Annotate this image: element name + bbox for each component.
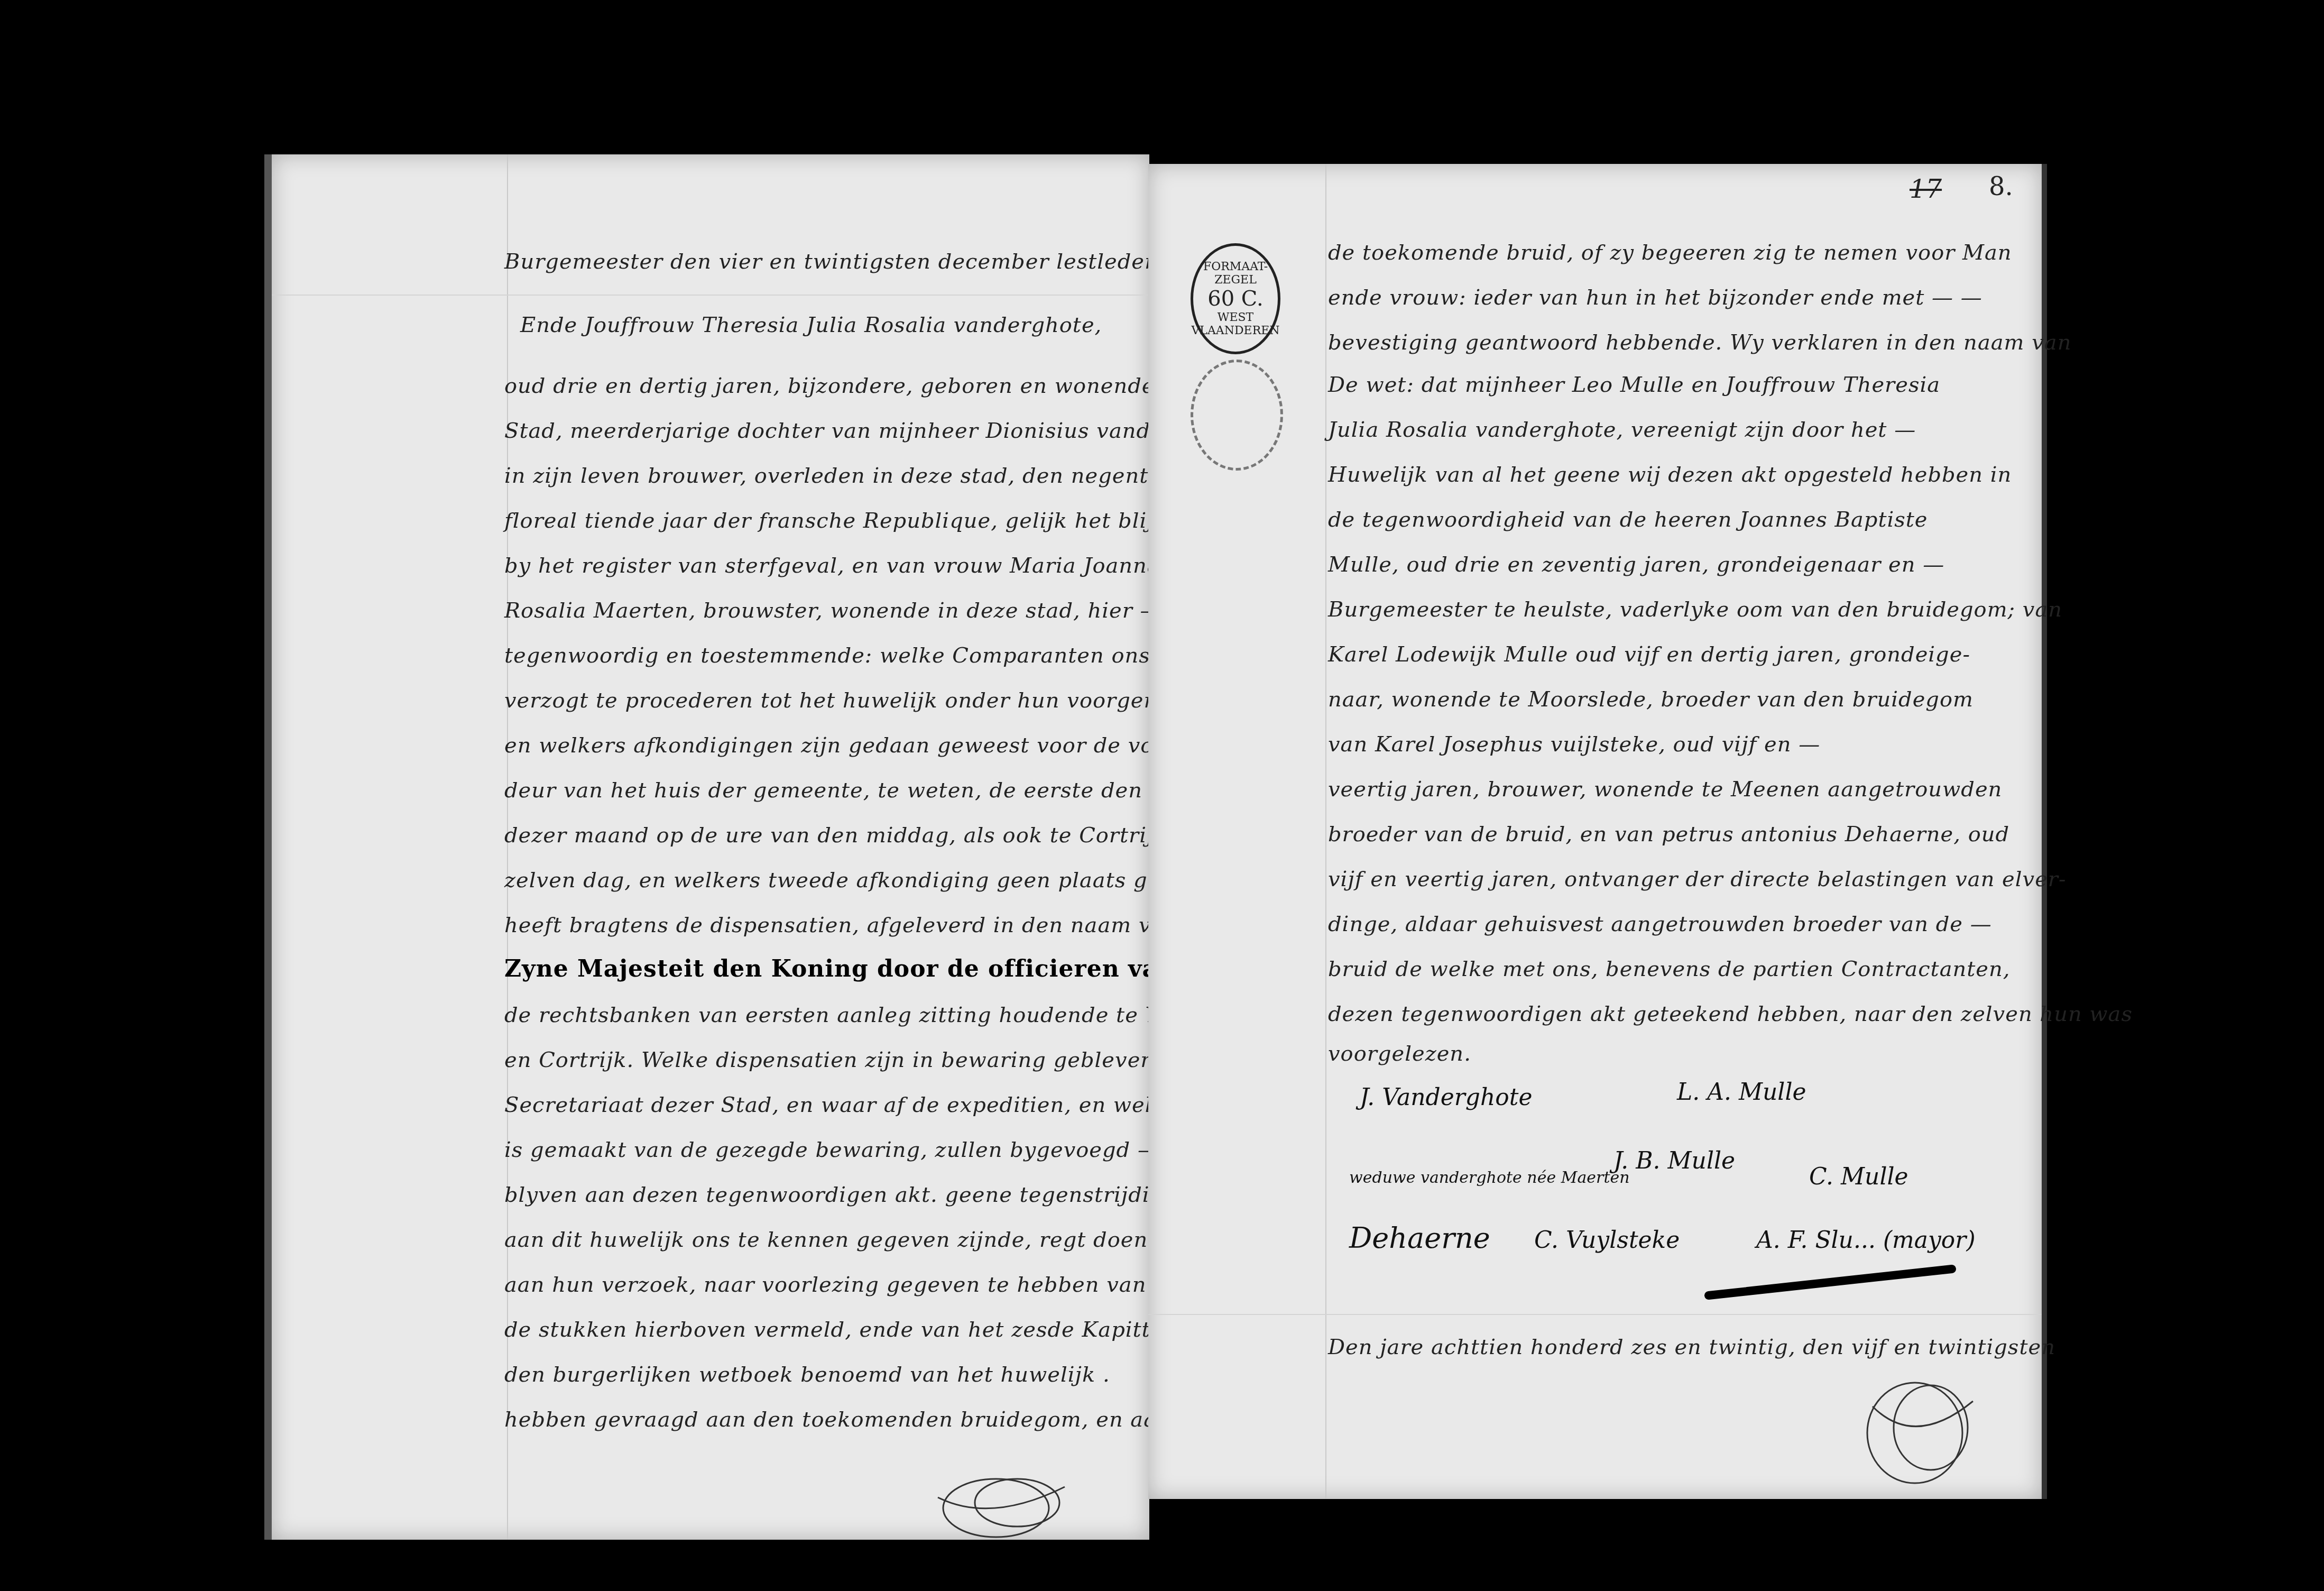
text-line: de tegenwoordigheid van de heeren Joanne… — [1328, 508, 1928, 532]
text-line: aan dit huwelijk ons te kennen gegeven z… — [504, 1228, 1175, 1252]
text-line: blyven aan dezen tegenwoordigen akt. gee… — [504, 1183, 1178, 1207]
text-line: van Karel Josephus vuijlsteke, oud vijf … — [1328, 732, 1820, 757]
text-line: veertig jaren, brouwer, wonende te Meene… — [1328, 777, 2002, 802]
signature-flourish-icon — [1703, 1264, 1957, 1332]
text-line: ende vrouw: ieder van hun in het bijzond… — [1328, 286, 1982, 310]
text-line: Karel Lodewijk Mulle oud vijf en dertig … — [1328, 642, 1970, 667]
text-line: de toekomende bruid, of zy begeeren zig … — [1328, 241, 2012, 265]
text-line: aan hun verzoek, naar voorlezing gegeven… — [504, 1273, 1194, 1297]
text-line: hebben gevraagd aan den toekomenden brui… — [504, 1408, 1171, 1432]
text-line: floreal tiende jaar der fransche Republi… — [504, 509, 1176, 533]
embossed-stamp-icon — [1191, 360, 1283, 471]
text-line: dezer maand op de ure van den middag, al… — [504, 823, 1250, 848]
text-line: Burgemeester den vier en twintigsten dec… — [504, 250, 1166, 274]
text-line: de stukken hierboven vermeld, ende van h… — [504, 1318, 1218, 1342]
next-entry-line: Den jare achttien honderd zes en twintig… — [1328, 1335, 2055, 1359]
signature: L. A. Mulle — [1677, 1079, 1806, 1106]
text-line-with-name: Ende Jouffrouw Theresia Julia Rosalia va… — [520, 313, 1102, 337]
text-line: bevestiging geantwoord hebbende. Wy verk… — [1328, 330, 2071, 355]
text-line: vijf en veertig jaren, ontvanger der dir… — [1328, 867, 2066, 891]
signature: J. B. Mulle — [1613, 1147, 1735, 1174]
margin-line — [1325, 164, 1326, 1499]
right-page: 17 8. FORMAAT-ZEGEL 60 C. WEST VLAANDERE… — [1148, 164, 2047, 1499]
text-line: den burgerlijken wetboek benoemd van het… — [504, 1363, 1110, 1387]
text-line: broeder van de bruid, en van petrus anto… — [1328, 822, 2009, 847]
text-line: dinge, aldaar gehuisvest aangetrouwden b… — [1328, 912, 1992, 936]
text-line: dezen tegenwoordigen akt geteekend hebbe… — [1328, 1002, 2133, 1026]
signature: weduwe vanderghote née Maerten — [1349, 1169, 1630, 1187]
text-line: in zijn leven brouwer, overleden in deze… — [504, 464, 1224, 488]
text-line: is gemaakt van de gezegde bewaring, zull… — [504, 1138, 1159, 1162]
flourish-icon — [1851, 1369, 1989, 1491]
crossed-folio-number: 17 — [1910, 174, 1942, 204]
stamp-value: 60 C. — [1207, 287, 1264, 311]
folio-number: 8. — [1989, 172, 2013, 201]
text-line: en Cortrijk. Welke dispensatien zijn in … — [504, 1048, 1227, 1072]
signature: A. F. Slu... (mayor) — [1756, 1227, 1976, 1254]
text-line: de rechtsbanken van eersten aanleg zitti… — [504, 1003, 1225, 1027]
tax-stamp: FORMAAT-ZEGEL 60 C. WEST VLAANDEREN — [1191, 243, 1280, 354]
text-line: by het register van sterfgeval, en van v… — [504, 554, 1160, 578]
text-line: oud drie en dertig jaren, bijzondere, ge… — [504, 374, 1242, 398]
text-line: Huwelijk van al het geene wij dezen akt … — [1328, 463, 2012, 487]
text-line: bruid de welke met ons, benevens de part… — [1328, 957, 2010, 981]
ruled-line — [272, 295, 1149, 296]
text-line: naar, wonende te Moorslede, broeder van … — [1328, 687, 1973, 712]
text-line: Rosalia Maerten, brouwster, wonende in d… — [504, 599, 1162, 623]
text-line-with-name: Julia Rosalia vanderghote, vereenigt zij… — [1328, 418, 1916, 442]
signature: C. Vuylsteke — [1534, 1227, 1680, 1254]
text-line: tegenwoordig en toestemmende: welke Comp… — [504, 643, 1240, 668]
text-line: Stad, meerderjarige dochter van mijnheer… — [504, 419, 1238, 443]
ruled-line — [1148, 1314, 2042, 1315]
text-line: verzogt te procederen tot het huwelijk o… — [504, 688, 1219, 713]
left-page: Burgemeester den vier en twintigsten dec… — [264, 154, 1149, 1540]
text-line: Mulle, oud drie en zeventig jaren, grond… — [1328, 553, 1944, 577]
signature: C. Mulle — [1809, 1163, 1908, 1190]
text-line: heeft bragtens de dispensatien, afgeleve… — [504, 913, 1178, 937]
text-line: zelven dag, en welkers tweede afkondigin… — [504, 868, 1238, 893]
signature: Dehaerne — [1349, 1221, 1490, 1255]
text-line: voorgelezen. — [1328, 1042, 1471, 1066]
text-line-with-name: De wet: dat mijnheer Leo Mulle en Jouffr… — [1328, 373, 1940, 397]
signature: J. Vanderghote — [1360, 1084, 1532, 1111]
text-line: Burgemeester te heulste, vaderlyke oom v… — [1328, 597, 2062, 622]
flourish-icon — [927, 1466, 1086, 1550]
